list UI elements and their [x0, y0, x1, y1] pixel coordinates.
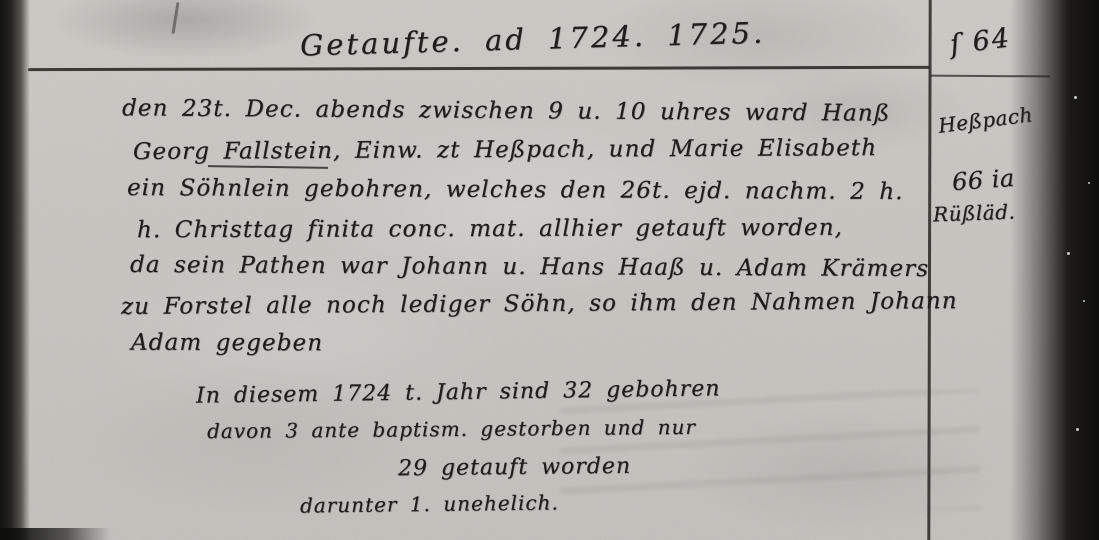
- edge-speck: [1076, 428, 1079, 431]
- right-page-edge-shadow: [1010, 0, 1099, 540]
- page-title: Getaufte. ad 1724. 1725.: [300, 16, 766, 63]
- entry-line: ein Söhnlein gebohren, welches den 26t. …: [127, 175, 904, 205]
- entry-line: Adam gegeben: [131, 330, 323, 357]
- bleed-through-smudge: [560, 390, 980, 510]
- scanned-register-page: Getaufte. ad 1724. 1725. ſ 64 den 23t. D…: [0, 0, 1099, 540]
- entry-line: Georg Fallstein, Einw. zt Heßpach, und M…: [133, 135, 877, 165]
- margin-note: 66 ia: [951, 164, 1015, 196]
- entry-line: h. Christtag finita conc. mat. allhier g…: [137, 215, 843, 243]
- edge-speck: [1083, 300, 1085, 302]
- entry-line: da sein Pathen war Johann u. Hans Haaß u…: [130, 252, 929, 282]
- summary-line: darunter 1. unehelich.: [300, 490, 559, 517]
- bottom-corner-shadow: [0, 528, 110, 540]
- surname-underline: [208, 165, 328, 169]
- stray-ink-mark: [172, 2, 180, 34]
- entry-line: zu Forstel alle noch lediger Söhn, so ih…: [121, 288, 958, 320]
- left-binding-shadow: [0, 0, 30, 540]
- margin-note: Rüßläd.: [933, 200, 1016, 227]
- entry-line: den 23t. Dec. abends zwischen 9 u. 10 uh…: [122, 95, 890, 126]
- header-rule: [28, 66, 930, 71]
- folio-number: ſ 64: [948, 22, 1012, 60]
- edge-speck: [1088, 182, 1090, 184]
- edge-speck: [1067, 252, 1070, 255]
- edge-speck: [1074, 96, 1077, 99]
